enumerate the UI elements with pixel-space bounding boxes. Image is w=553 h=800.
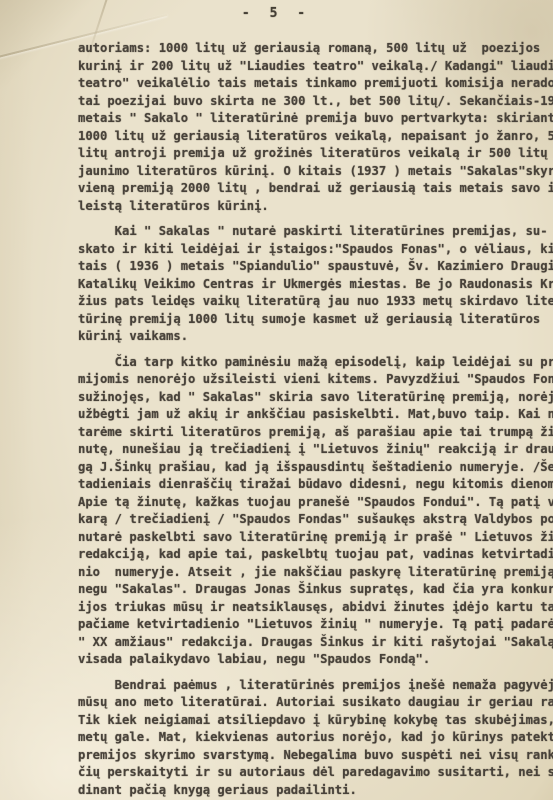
text-line: metų gale. Mat, kiekvienas autorius norė…	[78, 729, 553, 747]
text-line: Čia tarp kitko paminėsiu mažą episodelį,…	[78, 354, 553, 372]
page-number: - 5 -	[0, 6, 553, 21]
text-line: tarėme skirti literatūros premiją, aš pa…	[78, 424, 553, 442]
text-line: dinant pačią knygą geriaus padailinti.	[78, 782, 553, 800]
text-line: žius pats leidęs vaikų literatūrą jau nu…	[78, 293, 553, 311]
text-line: negu "Sakalas". Draugas Jonas Šinkus sup…	[78, 581, 553, 599]
text-line: Apie tą žinutę, kažkas tuojau pranešė "S…	[78, 494, 553, 512]
text-line: metais " Sakalo " literatūrinė premija b…	[78, 110, 553, 128]
text-line: tadieniais dienraščių tiražai būdavo did…	[78, 476, 553, 494]
text-line: teatro" veikalėlio tais metais tinkamo p…	[78, 75, 553, 93]
text-line: gą J.Šinkų prašiau, kad ją išspausdintų …	[78, 459, 553, 477]
text-line: nutarė paskelbti savo literatūrinę premi…	[78, 529, 553, 547]
text-line: nutę, nunešiau ją trečiadienį į "Lietuvo…	[78, 441, 553, 459]
text-line: Kai " Sakalas " nutarė paskirti literatū…	[78, 223, 553, 241]
text-line: autoriams: 1000 litų už geriausią romaną…	[78, 40, 553, 58]
text-line: " XX amžiaus" redakcija. Draugas Šinkus …	[78, 634, 553, 652]
text-line: nio numeryje. Atseit , jie nakščiau pask…	[78, 564, 553, 582]
paragraph: Kai " Sakalas " nutarė paskirti literatū…	[78, 223, 553, 346]
text-line: kūrinį vaikams.	[78, 328, 553, 346]
text-line: litų antroji premija už grožinės literat…	[78, 145, 553, 163]
text-line: čių perskaityti ir su autoriaus dėl pare…	[78, 764, 553, 782]
scanned-document-page: - 5 - autoriams: 1000 litų už geriausią …	[0, 0, 553, 800]
text-line: užbėgti jam už akių ir ankščiau pasiskel…	[78, 406, 553, 424]
text-line: kurinį ir 200 litų už "Liaudies teatro" …	[78, 58, 553, 76]
text-line: tai poezijai buvo skirta ne 300 lt., bet…	[78, 93, 553, 111]
text-line: tūrinę premiją 1000 litų sumoje kasmet u…	[78, 311, 553, 329]
paragraph: Bendrai paėmus , literatūrinės premijos …	[78, 677, 553, 800]
text-line: karą / trečiadienį / "Spaudos Fondas" su…	[78, 511, 553, 529]
paragraph: Čia tarp kitko paminėsiu mažą episodelį,…	[78, 354, 553, 669]
text-line: mijomis nenorėjo užsileisti vieni kitems…	[78, 371, 553, 389]
text-line: skato ir kiti leidėjai ir įstaigos:"Spau…	[78, 241, 553, 259]
text-line: Bendrai paėmus , literatūrinės premijos …	[78, 677, 553, 695]
paragraph: autoriams: 1000 litų už geriausią romaną…	[78, 40, 553, 215]
text-line: visada palaikydavo labiau, negu "Spaudos…	[78, 651, 553, 669]
text-line: Tik kiek neigiamai atsiliepdavo į kūrybi…	[78, 712, 553, 730]
text-line: jaunimo literatūros kūrinį. O kitais (19…	[78, 163, 553, 181]
text-line: pačiame ketvirtadienio "Lietuvos žinių "…	[78, 616, 553, 634]
text-line: premijos skyrimo svarstymą. Nebegalima b…	[78, 747, 553, 765]
text-line: ijos triukas mūsų ir neatsiklausęs, abid…	[78, 599, 553, 617]
text-line: Katalikų Veikimo Centras ir Ukmergės mie…	[78, 276, 553, 294]
text-line: tais ( 1936 ) metais "Spiandulio" spaust…	[78, 258, 553, 276]
text-line: redakciją, kad apie tai, paskelbtų tuoja…	[78, 546, 553, 564]
text-line: 1000 litų už geriausią literatūros veika…	[78, 128, 553, 146]
text-line: mūsų ano meto literatūrai. Autoriai susi…	[78, 694, 553, 712]
text-line: sužinojęs, kad " Sakalas" skiria savo li…	[78, 389, 553, 407]
text-line: vieną premiją 2000 litų , bendrai už ger…	[78, 180, 553, 198]
typewritten-text-block: autoriams: 1000 litų už geriausią romaną…	[78, 40, 553, 800]
text-line: leistą literatūros kūrinį.	[78, 198, 553, 216]
